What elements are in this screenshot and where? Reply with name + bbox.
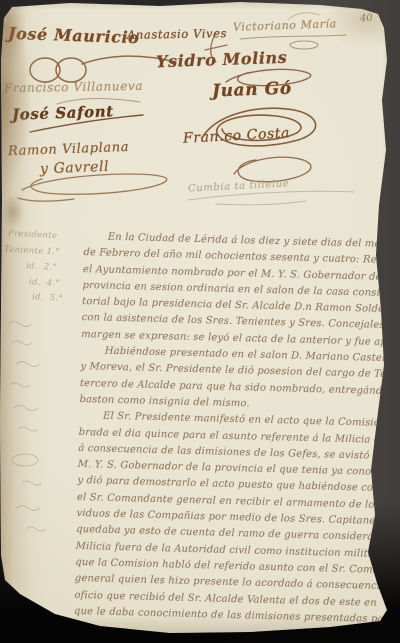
faint-margin-mark [8,450,42,468]
signature-anastasio-vives: Anastasio Vives [127,26,227,42]
signature-name: Anastasio Vives [127,26,227,42]
faint-margin-mark [10,338,40,348]
signature-name: Cumbia ta tillelue [188,178,290,194]
minutes-body: En la Ciudad de Lérida á los diez y siet… [74,229,390,628]
margin-note: id. 4.° [29,277,61,289]
signature-name: Fran.co Costa [183,125,291,147]
signature-name: Ramon Vilaplana [8,140,130,159]
folio-number: 40 [360,13,373,25]
signature-name: y Gavrell [40,159,110,177]
signature-ramon-vilaplana: Ramon Vilaplana [8,140,130,159]
signature-jose-safont: José Safont [12,102,114,124]
signature-juan-go: Juan Gó [212,79,292,102]
signature-name: José Safont [12,102,114,124]
manuscript-page: 40 José Mauricio Anastasio Vives Victori… [0,0,400,643]
signature-name: Francisco Villanueva [4,79,143,95]
signature-ysidro-molins: Ysidro Molins [156,48,288,72]
signature-victoriano-maria: Victoriano María [233,17,337,34]
signature-name: Victoriano María [233,17,337,34]
margin-note: id. 5.° [32,292,64,304]
margin-note: Presidente [8,229,58,242]
faint-margin-mark [16,424,44,434]
signature-name: Ysidro Molins [156,48,288,72]
faint-margin-mark [12,402,46,412]
faint-margin-mark [14,502,48,512]
signature-franco-costa: Fran.co Costa [183,125,291,147]
faint-margin-mark [8,380,36,390]
signature-jose-mauricio: José Mauricio [8,24,140,48]
photo-background: 40 José Mauricio Anastasio Vives Victori… [0,0,400,643]
margin-note: id. 2.° [26,261,58,273]
signature-y-gavrell: y Gavrell [40,159,110,177]
faint-margin-mark [6,318,40,328]
faint-margin-mark [14,358,48,368]
signature-faint-illegible: Cumbia ta tillelue [188,178,290,194]
margin-note: Teniente 1.° [4,245,60,258]
faint-margin-mark [24,524,50,534]
rubric-flourish [196,96,332,154]
signature-francisco-villanueva: Francisco Villanueva [4,79,143,95]
faint-margin-mark [20,478,50,488]
signature-name: José Mauricio [8,24,140,48]
signature-name: Juan Gó [212,79,292,102]
